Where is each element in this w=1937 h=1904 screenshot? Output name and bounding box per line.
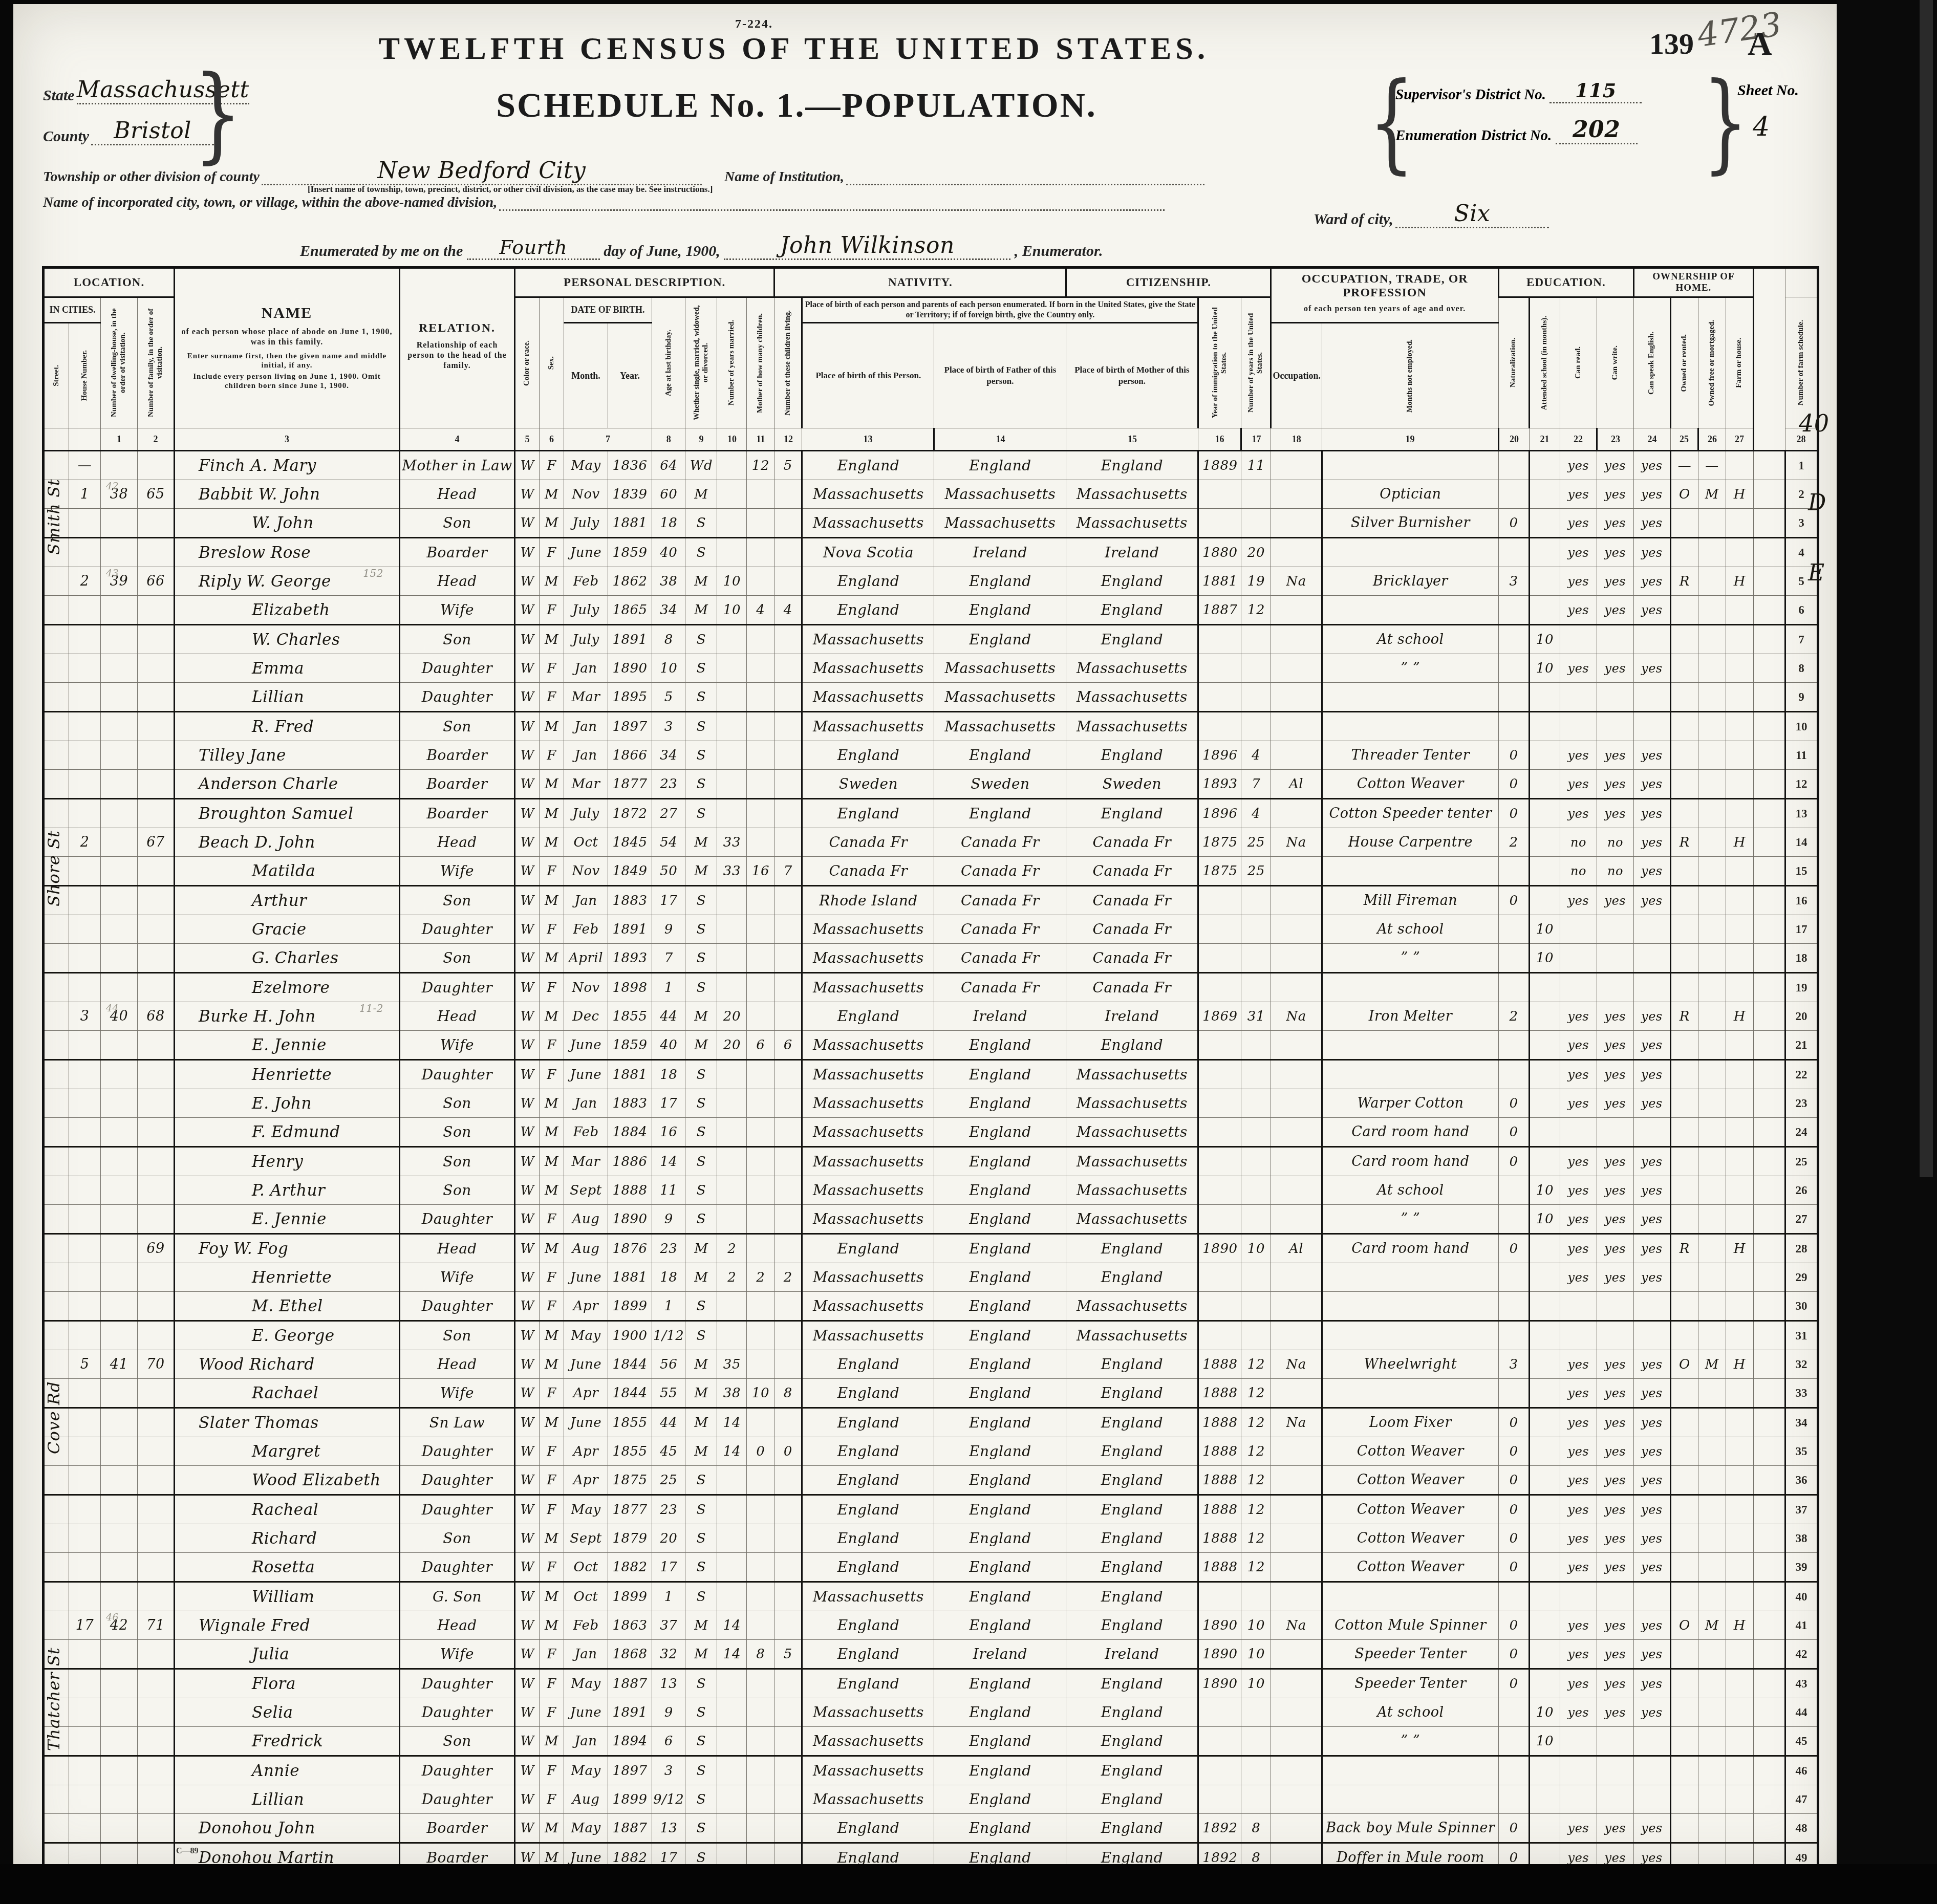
color-race: W xyxy=(515,886,540,915)
row-number: 48 xyxy=(1785,1814,1818,1843)
dwelling-number xyxy=(101,1234,138,1263)
birth-year: 1891 xyxy=(608,625,652,654)
marital-status: S xyxy=(685,683,717,712)
birth-month: Jan xyxy=(564,1640,608,1669)
pob-father: England xyxy=(934,1176,1066,1205)
group-citizenship: CITIZENSHIP. xyxy=(1066,268,1271,297)
sex: M xyxy=(540,1002,564,1031)
owned-free-mortgaged xyxy=(1698,1698,1726,1727)
naturalization xyxy=(1271,538,1322,567)
occupation: Cotton Mule Spinner xyxy=(1322,1611,1498,1640)
age: 17 xyxy=(652,1553,685,1582)
enumeration-day: Fourth xyxy=(500,236,568,258)
occupation: Speeder Tenter xyxy=(1322,1640,1498,1669)
can-write: yes xyxy=(1597,1611,1633,1640)
years-in-us xyxy=(1241,1060,1271,1089)
mother-of-children xyxy=(747,1408,774,1437)
children-living xyxy=(774,1147,802,1176)
sex: F xyxy=(540,596,564,625)
mother-of-children xyxy=(747,915,774,944)
birth-year: 1881 xyxy=(608,1060,652,1089)
marital-status: S xyxy=(685,1553,717,1582)
children-living xyxy=(774,1669,802,1698)
dwelling-number xyxy=(101,1553,138,1582)
table-row: WilliamG. SonWMOct18991SMassachusettsEng… xyxy=(44,1582,1818,1611)
farm-schedule xyxy=(1753,1147,1785,1176)
enumerated-line: Enumerated by me on the Fourth day of Ju… xyxy=(300,232,1784,260)
color-race: W xyxy=(515,857,540,886)
house-number xyxy=(69,741,101,770)
pob-person: Massachusetts xyxy=(802,1147,934,1176)
age: 38 xyxy=(652,567,685,596)
can-write-header: Can write. xyxy=(1597,297,1633,428)
owned-free-mortgaged xyxy=(1698,973,1726,1002)
owned-free-header: Owned free or mortgaged. xyxy=(1698,297,1726,428)
years-in-us: 12 xyxy=(1241,1553,1271,1582)
family-number xyxy=(138,741,175,770)
birth-month: Oct xyxy=(564,1553,608,1582)
person-name: G. Charles xyxy=(175,944,400,973)
mother-of-children xyxy=(747,625,774,654)
person-name: E. John xyxy=(175,1089,400,1118)
owned-rented xyxy=(1670,1466,1698,1495)
pob-mother: Canada Fr xyxy=(1066,915,1198,944)
years-married xyxy=(717,538,747,567)
occupation: Warper Cotton xyxy=(1322,1089,1498,1118)
person-name: P. Arthur xyxy=(175,1176,400,1205)
person-name: W. John xyxy=(175,509,400,538)
owned-free-mortgaged xyxy=(1698,1756,1726,1785)
months-not-employed xyxy=(1498,1263,1529,1292)
mother-of-children xyxy=(747,1205,774,1234)
occupation: House Carpentre xyxy=(1322,828,1498,857)
house-number xyxy=(69,1321,101,1350)
months-not-employed: 2 xyxy=(1498,828,1529,857)
pob-father: England xyxy=(934,1147,1066,1176)
naturalization xyxy=(1271,451,1322,480)
occupation xyxy=(1322,1582,1498,1611)
enumerated-prefix: Enumerated by me on the xyxy=(300,243,463,259)
column-number: 20 xyxy=(1498,428,1529,451)
color-race: W xyxy=(515,480,540,509)
occupation xyxy=(1322,1060,1498,1089)
row-number: 34 xyxy=(1785,1408,1818,1437)
attended-school xyxy=(1529,451,1560,480)
mother-of-children xyxy=(747,654,774,683)
person-name: Burke H. John11-2 xyxy=(175,1002,400,1031)
table-row: 1384265Babbit W. JohnHeadWMNov183960MMas… xyxy=(44,480,1818,509)
farm-schedule xyxy=(1753,1437,1785,1466)
pob-person: Massachusetts xyxy=(802,712,934,741)
street-cell xyxy=(44,1524,69,1553)
street-cell xyxy=(44,683,69,712)
table-row: E. GeorgeSonWMMay19001/12SMassachusettsE… xyxy=(44,1321,1818,1350)
sex: M xyxy=(540,1350,564,1379)
can-write: yes xyxy=(1597,1350,1633,1379)
months-not-employed xyxy=(1498,915,1529,944)
can-write: yes xyxy=(1597,596,1633,625)
pob-father: Canada Fr xyxy=(934,828,1066,857)
years-in-us: 12 xyxy=(1241,1437,1271,1466)
marital-status: S xyxy=(685,1089,717,1118)
color-race: W xyxy=(515,799,540,828)
table-row: ArthurSonWMJan188317SRhode IslandCanada … xyxy=(44,886,1818,915)
marital-status: S xyxy=(685,1814,717,1843)
pob-mother: Canada Fr xyxy=(1066,973,1198,1002)
farm-house xyxy=(1726,1553,1753,1582)
pob-mother: Canada Fr xyxy=(1066,944,1198,973)
immigration-year xyxy=(1198,1756,1241,1785)
months-not-employed xyxy=(1498,596,1529,625)
can-write: yes xyxy=(1597,1524,1633,1553)
dwelling-number xyxy=(101,770,138,799)
can-read: yes xyxy=(1560,451,1597,480)
pob-mother: Massachusetts xyxy=(1066,1321,1198,1350)
enumerated-middle: day of June, 1900, xyxy=(604,243,720,259)
children-living: 4 xyxy=(774,596,802,625)
house-number xyxy=(69,1205,101,1234)
birth-month: Mar xyxy=(564,1147,608,1176)
occupation xyxy=(1322,451,1498,480)
children-living: 2 xyxy=(774,1263,802,1292)
enumerator-signature: John Wilkinson xyxy=(780,232,955,258)
birth-month: Feb xyxy=(564,1611,608,1640)
house-number xyxy=(69,1466,101,1495)
color-race: W xyxy=(515,828,540,857)
mother-of-children xyxy=(747,944,774,973)
color-race: W xyxy=(515,1495,540,1524)
street-cell xyxy=(44,1263,69,1292)
family-number xyxy=(138,1640,175,1669)
birth-month: May xyxy=(564,1756,608,1785)
immigration-year: 1880 xyxy=(1198,538,1241,567)
pob-person: Massachusetts xyxy=(802,683,934,712)
attended-school xyxy=(1529,1031,1560,1060)
pob-father: England xyxy=(934,1437,1066,1466)
can-read xyxy=(1560,1727,1597,1756)
can-read: yes xyxy=(1560,1698,1597,1727)
months-not-employed: 0 xyxy=(1498,509,1529,538)
can-speak-english: yes xyxy=(1633,1640,1670,1669)
farm-schedule xyxy=(1753,1031,1785,1060)
color-race: W xyxy=(515,1524,540,1553)
age: 17 xyxy=(652,886,685,915)
pob-father: Canada Fr xyxy=(934,973,1066,1002)
farm-schedule xyxy=(1753,1611,1785,1640)
sex: F xyxy=(540,1669,564,1698)
farm-house xyxy=(1726,1495,1753,1524)
person-name: Matilda xyxy=(175,857,400,886)
naturalization: Na xyxy=(1271,828,1322,857)
occupation: Iron Melter xyxy=(1322,1002,1498,1031)
house-number xyxy=(69,654,101,683)
pob-mother: Ireland xyxy=(1066,1002,1198,1031)
family-number: 71 xyxy=(138,1611,175,1640)
pob-person: Massachusetts xyxy=(802,1060,934,1089)
farm-schedule xyxy=(1753,1118,1785,1147)
pob-father: England xyxy=(934,1582,1066,1611)
county-field: County Bristol xyxy=(43,118,214,145)
naturalization xyxy=(1271,1176,1322,1205)
color-race: W xyxy=(515,1147,540,1176)
can-write: yes xyxy=(1597,799,1633,828)
children-living xyxy=(774,1814,802,1843)
owned-free-mortgaged xyxy=(1698,1524,1726,1553)
row-number: 40 xyxy=(1785,1582,1818,1611)
census-sheet: 7-224. 4723 TWELFTH CENSUS OF THE UNITED… xyxy=(13,4,1839,1872)
farm-schedule xyxy=(1753,1089,1785,1118)
relation: Head xyxy=(400,1350,515,1379)
months-not-employed: 0 xyxy=(1498,770,1529,799)
family-number xyxy=(138,683,175,712)
dwelling-number xyxy=(101,1727,138,1756)
farm-house xyxy=(1726,1176,1753,1205)
pob-person: England xyxy=(802,567,934,596)
farm-house xyxy=(1726,1089,1753,1118)
pob-father: England xyxy=(934,1611,1066,1640)
enumeration-district-label: Enumeration District No. xyxy=(1395,127,1552,144)
dwelling-number xyxy=(101,1756,138,1785)
can-speak-english: yes xyxy=(1633,1060,1670,1089)
attended-school xyxy=(1529,683,1560,712)
sex: M xyxy=(540,1408,564,1437)
birth-year: 1872 xyxy=(608,799,652,828)
years-in-us xyxy=(1241,1292,1271,1321)
dwelling-number: 3842 xyxy=(101,480,138,509)
occupation: Cotton Weaver xyxy=(1322,1495,1498,1524)
owned-rented: R xyxy=(1670,828,1698,857)
can-read xyxy=(1560,1118,1597,1147)
age: 55 xyxy=(652,1379,685,1408)
marital-status: S xyxy=(685,1205,717,1234)
birth-year: 1855 xyxy=(608,1408,652,1437)
birth-month: Feb xyxy=(564,1118,608,1147)
sex: M xyxy=(540,770,564,799)
children-living xyxy=(774,1292,802,1321)
owned-free-mortgaged xyxy=(1698,1321,1726,1350)
table-row: RachealDaughterWFMay187723SEnglandEnglan… xyxy=(44,1495,1818,1524)
farm-schedule xyxy=(1753,654,1785,683)
can-speak-english: yes xyxy=(1633,1379,1670,1408)
naturalization xyxy=(1271,1205,1322,1234)
owned-free-mortgaged xyxy=(1698,1640,1726,1669)
years-married xyxy=(717,1292,747,1321)
naturalization: Al xyxy=(1271,1234,1322,1263)
row-number: 19 xyxy=(1785,973,1818,1002)
age: 34 xyxy=(652,741,685,770)
dwelling-number xyxy=(101,1321,138,1350)
birth-year: 1899 xyxy=(608,1292,652,1321)
farm-schedule xyxy=(1753,857,1785,886)
person-name: M. Ethel xyxy=(175,1292,400,1321)
house-number xyxy=(69,538,101,567)
years-married xyxy=(717,1669,747,1698)
naturalization xyxy=(1271,915,1322,944)
pob-father: England xyxy=(934,1379,1066,1408)
page-letter: A xyxy=(1748,25,1772,63)
in-cities-label: IN CITIES. xyxy=(44,297,101,323)
months-not-employed xyxy=(1498,451,1529,480)
owned-rented: O xyxy=(1670,1611,1698,1640)
pob-father: England xyxy=(934,1263,1066,1292)
can-read xyxy=(1560,915,1597,944)
immigration-year: 1893 xyxy=(1198,770,1241,799)
age: 3 xyxy=(652,1756,685,1785)
person-name: Breslow Rose xyxy=(175,538,400,567)
family-number: 67 xyxy=(138,828,175,857)
house-number: 2 xyxy=(69,567,101,596)
owned-free-mortgaged: M xyxy=(1698,1350,1726,1379)
pob-person: England xyxy=(802,451,934,480)
house-number xyxy=(69,1437,101,1466)
immigration-year: 1889 xyxy=(1198,451,1241,480)
sex: F xyxy=(540,973,564,1002)
owned-free-mortgaged xyxy=(1698,1060,1726,1089)
age: 20 xyxy=(652,1524,685,1553)
pob-mother: Massachusetts xyxy=(1066,509,1198,538)
relation: Son xyxy=(400,886,515,915)
mother-of-children xyxy=(747,1118,774,1147)
can-speak-english: yes xyxy=(1633,567,1670,596)
age: 40 xyxy=(652,538,685,567)
house-number xyxy=(69,1263,101,1292)
can-speak-english: yes xyxy=(1633,741,1670,770)
dwelling-number xyxy=(101,973,138,1002)
birth-year: 1887 xyxy=(608,1669,652,1698)
ward-field: Ward of city, Six xyxy=(1314,201,1549,228)
birth-year: 1883 xyxy=(608,886,652,915)
years-in-us xyxy=(1241,1205,1271,1234)
relation: Daughter xyxy=(400,1466,515,1495)
years-in-us xyxy=(1241,1089,1271,1118)
owned-free-mortgaged xyxy=(1698,625,1726,654)
pob-person: Massachusetts xyxy=(802,1785,934,1814)
can-write: yes xyxy=(1597,1379,1633,1408)
owned-free-mortgaged xyxy=(1698,1379,1726,1408)
naturalization xyxy=(1271,1321,1322,1350)
birth-month: Oct xyxy=(564,1582,608,1611)
table-row: 69Foy W. FogHeadWMAug187623M2EnglandEngl… xyxy=(44,1234,1818,1263)
dwelling-number xyxy=(101,1263,138,1292)
mother-of-children: 0 xyxy=(747,1437,774,1466)
immigration-year: 1881 xyxy=(1198,567,1241,596)
family-number xyxy=(138,509,175,538)
age: 32 xyxy=(652,1640,685,1669)
row-number: 43 xyxy=(1785,1669,1818,1698)
pob-father: England xyxy=(934,1060,1066,1089)
attended-school xyxy=(1529,1234,1560,1263)
owned-free-mortgaged xyxy=(1698,712,1726,741)
birth-month: Aug xyxy=(564,1234,608,1263)
dwelling-number xyxy=(101,1147,138,1176)
owned-rented xyxy=(1670,1524,1698,1553)
farm-house xyxy=(1726,1147,1753,1176)
county-label: County xyxy=(43,128,89,145)
naturalization xyxy=(1271,1437,1322,1466)
can-speak-english xyxy=(1633,915,1670,944)
family-number xyxy=(138,1147,175,1176)
pob-father: England xyxy=(934,1669,1066,1698)
can-speak-english xyxy=(1633,1756,1670,1785)
owned-free-mortgaged xyxy=(1698,683,1726,712)
mother-of-children xyxy=(747,1147,774,1176)
page-background: { "page": { "corner_note": "4723", "marg… xyxy=(0,0,1937,1904)
farm-schedule xyxy=(1753,1727,1785,1756)
owned-rented xyxy=(1670,1089,1698,1118)
can-speak-english: yes xyxy=(1633,1031,1670,1060)
farm-house xyxy=(1726,1524,1753,1553)
can-write: yes xyxy=(1597,1466,1633,1495)
family-number xyxy=(138,1669,175,1698)
pob-mother: England xyxy=(1066,1234,1198,1263)
can-read: yes xyxy=(1560,480,1597,509)
age: 14 xyxy=(652,1147,685,1176)
family-number xyxy=(138,770,175,799)
birth-month: Aug xyxy=(564,1785,608,1814)
months-not-employed: 0 xyxy=(1498,1669,1529,1698)
pob-person: Massachusetts xyxy=(802,509,934,538)
sex: M xyxy=(540,1234,564,1263)
table-row: E. JennieDaughterWFAug18909SMassachusett… xyxy=(44,1205,1818,1234)
attended-school xyxy=(1529,1466,1560,1495)
column-number: 5 xyxy=(515,428,540,451)
mother-of-children xyxy=(747,538,774,567)
pob-mother: England xyxy=(1066,1669,1198,1698)
birth-month: May xyxy=(564,1814,608,1843)
pob-person: Massachusetts xyxy=(802,1089,934,1118)
months-not-employed: 0 xyxy=(1498,1466,1529,1495)
immigration-year xyxy=(1198,1089,1241,1118)
years-in-us xyxy=(1241,1031,1271,1060)
relation: Son xyxy=(400,1321,515,1350)
street-cell xyxy=(44,1234,69,1263)
sex: F xyxy=(540,1785,564,1814)
person-name: Margret xyxy=(175,1437,400,1466)
farm-house xyxy=(1726,857,1753,886)
can-speak-english: yes xyxy=(1633,1205,1670,1234)
table-row: W. CharlesSonWMJuly18918SMassachusettsEn… xyxy=(44,625,1818,654)
birth-year: 1888 xyxy=(608,1176,652,1205)
dwelling-number xyxy=(101,1292,138,1321)
children-living xyxy=(774,1727,802,1756)
date-of-birth-header: DATE OF BIRTH. xyxy=(564,297,652,323)
mother-of-children xyxy=(747,1495,774,1524)
row-number: 32 xyxy=(1785,1350,1818,1379)
margin-letter: D xyxy=(1808,490,1826,516)
column-number: 11 xyxy=(747,428,774,451)
owned-free-mortgaged xyxy=(1698,770,1726,799)
occupation: At school xyxy=(1322,1698,1498,1727)
attended-school xyxy=(1529,1611,1560,1640)
immigration-year xyxy=(1198,1205,1241,1234)
farm-house xyxy=(1726,915,1753,944)
naturalization: Na xyxy=(1271,1350,1322,1379)
owned-free-mortgaged xyxy=(1698,509,1726,538)
birth-year: 1877 xyxy=(608,770,652,799)
sex: F xyxy=(540,1031,564,1060)
immigration-year: 1890 xyxy=(1198,1611,1241,1640)
column-number: 22 xyxy=(1560,428,1597,451)
color-race: W xyxy=(515,770,540,799)
age: 18 xyxy=(652,509,685,538)
marital-status: S xyxy=(685,1785,717,1814)
farm-house xyxy=(1726,1408,1753,1437)
person-name: Emma xyxy=(175,654,400,683)
years-married: 14 xyxy=(717,1640,747,1669)
farm-house xyxy=(1726,770,1753,799)
owned-free-mortgaged xyxy=(1698,1785,1726,1814)
pob-father: England xyxy=(934,1031,1066,1060)
